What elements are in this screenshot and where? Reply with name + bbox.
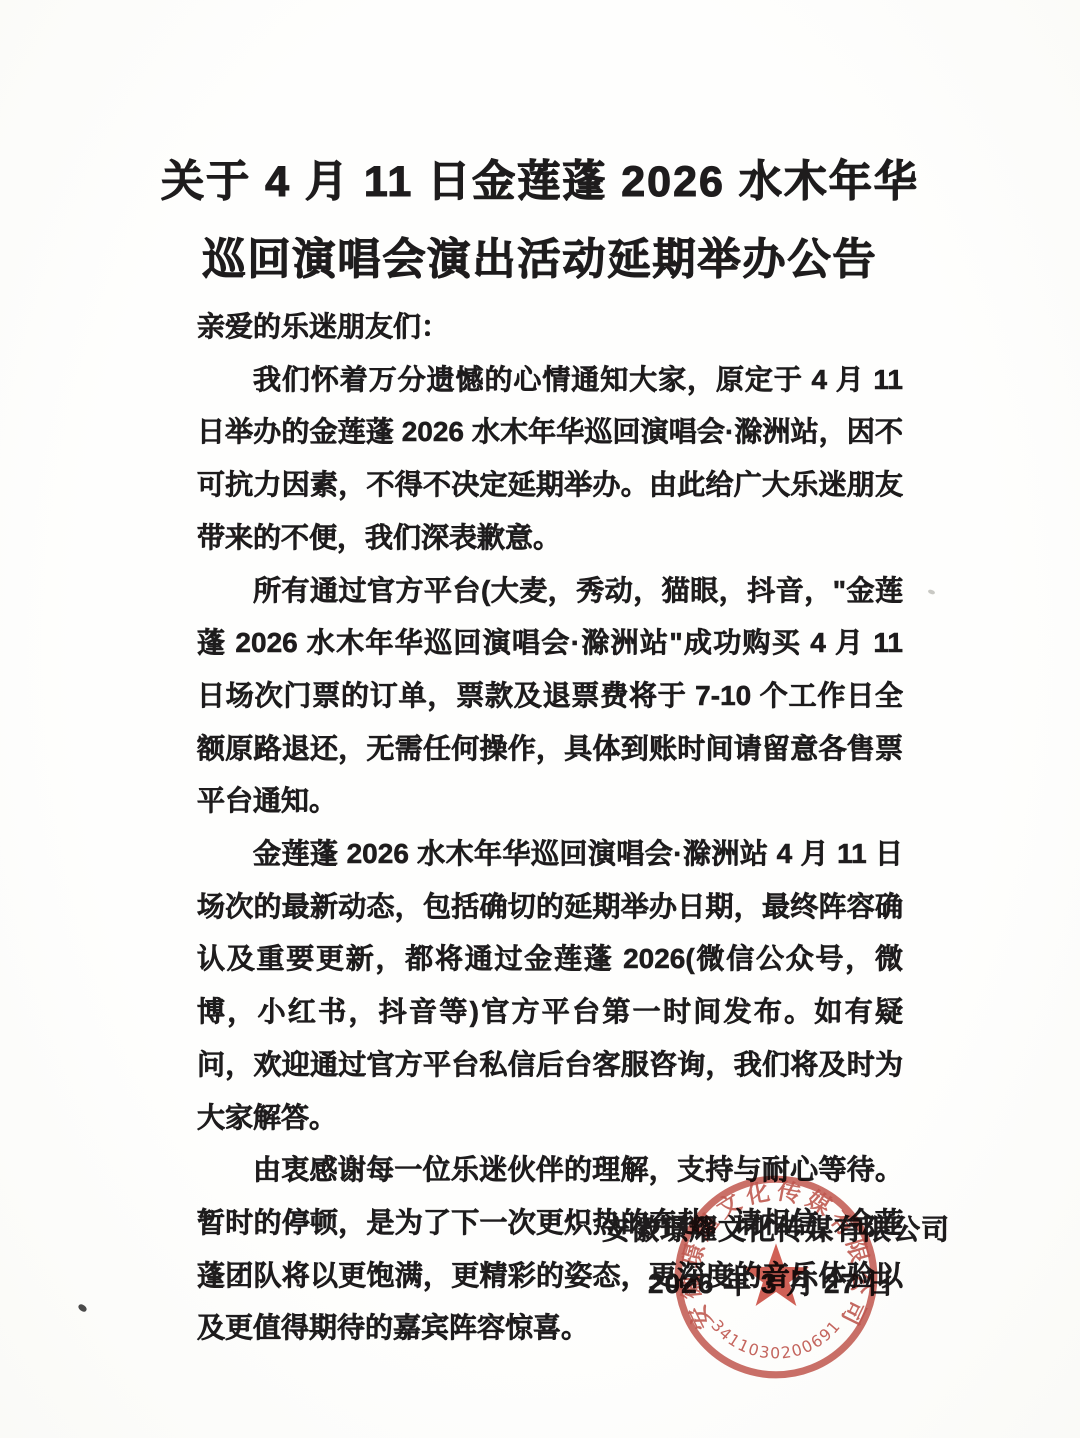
paper-speck-faint [928,589,936,595]
salutation-line: 亲爱的乐迷朋友们： [197,301,903,354]
announcement-title: 关于 4 月 11 日金莲蓬 2026 水木年华 巡回演唱会演出活动延期举办公告 [0,143,1080,299]
seal-star-icon [743,1243,809,1306]
paper-speck [77,1303,88,1313]
company-seal: 安徽璟耀文化传媒有限公司 3411030200691 [669,1169,883,1383]
svg-text:3411030200691: 3411030200691 [707,1316,844,1363]
title-line-2: 巡回演唱会演出活动延期举办公告 [0,221,1080,299]
paragraph-2: 所有通过官方平台(大麦，秀动，猫眼，抖音，"金莲蓬 2026 水木年华巡回演唱会… [197,565,903,829]
announcement-page: 关于 4 月 11 日金莲蓬 2026 水木年华 巡回演唱会演出活动延期举办公告… [0,0,1080,1438]
seal-serial-number: 3411030200691 [707,1316,844,1363]
paragraph-1: 我们怀着万分遗憾的心情通知大家，原定于 4 月 11 日举办的金莲蓬 2026 … [197,354,903,565]
title-line-1: 关于 4 月 11 日金莲蓬 2026 水木年华 [0,143,1080,221]
paragraph-3: 金莲蓬 2026 水木年华巡回演唱会·滁洲站 4 月 11 日场次的最新动态，包… [197,828,903,1144]
